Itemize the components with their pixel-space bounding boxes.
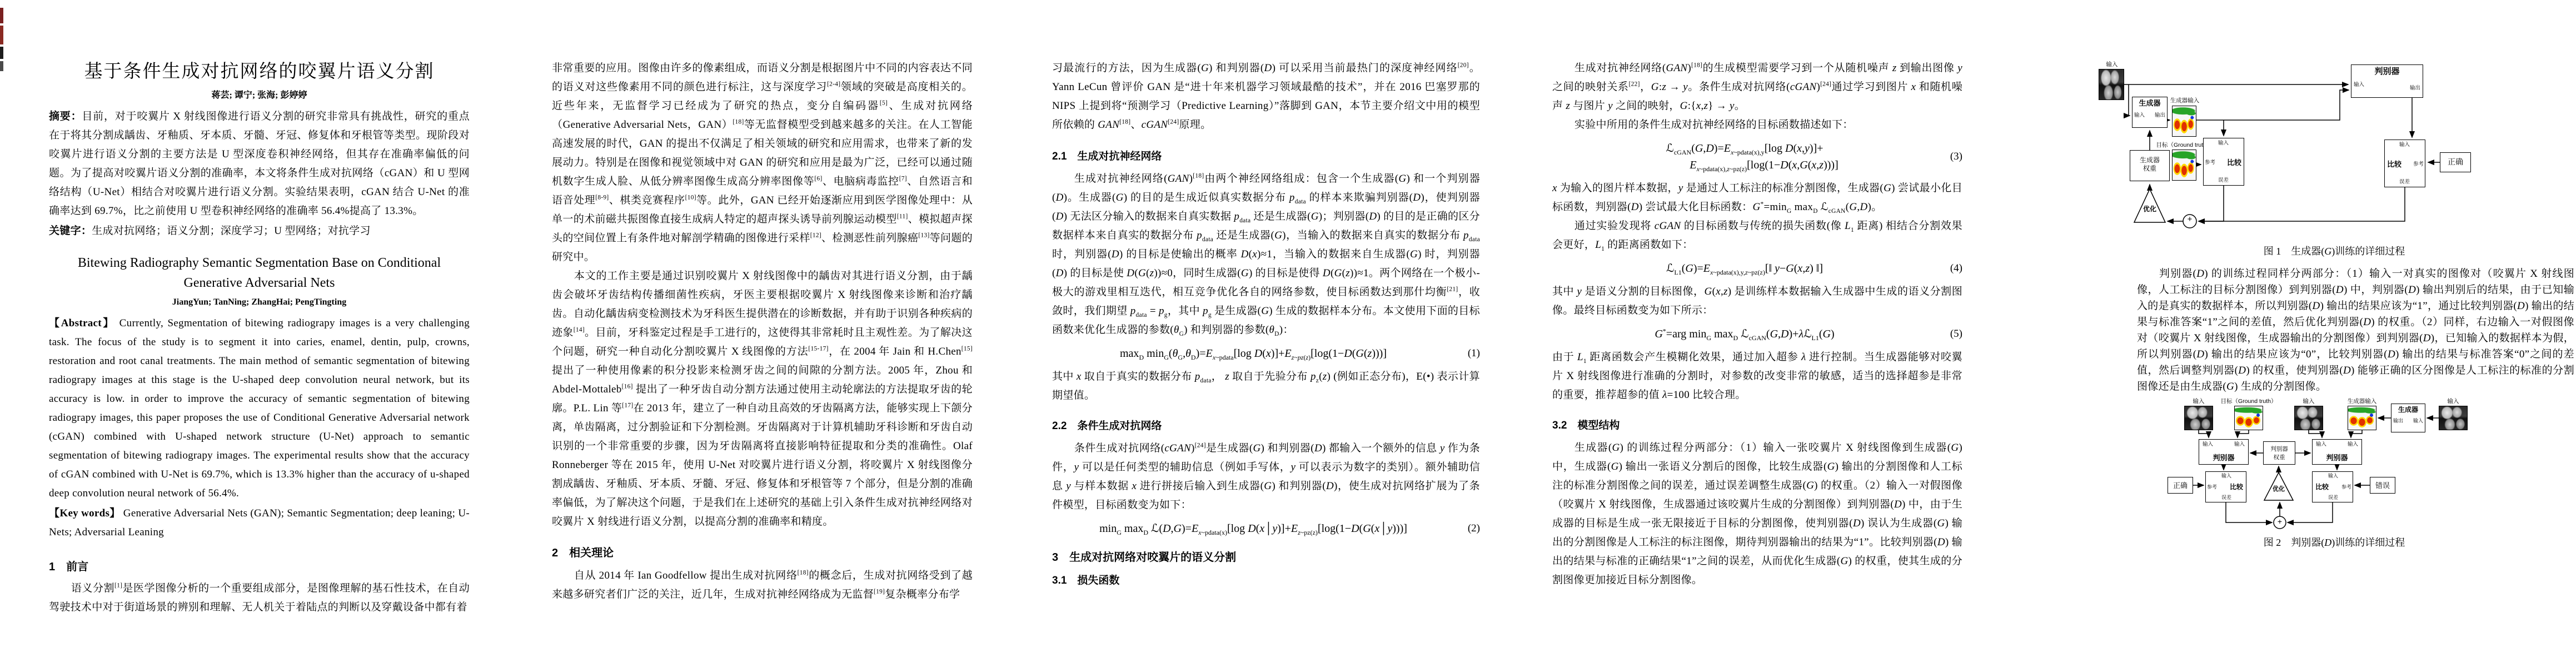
section-heading-3-1: 3.1 损失函数	[1052, 572, 1480, 587]
column-3: 习最流行的方法，因为生成器(G) 和判别器(D) 可以采用当前最热门的深度神经网…	[1052, 59, 1480, 587]
generator-input-port: 输入	[2413, 418, 2423, 424]
figure-1-generator-training: 输入 生成器 输入 输出 生成器输入 判别器 输入 输出 目标（Ground t…	[2095, 60, 2573, 233]
compare-box-left: 输入 参考 比较 误差	[2205, 471, 2246, 502]
equation-1: maxD minG(θG,θD)=Ex~pdata[log D(x)]+Ez~p…	[1052, 345, 1480, 362]
compare-error-port: 误差	[2399, 179, 2410, 185]
paragraph: 生成器(G) 的训练过程分两部分：（1）输入一张咬翼片 X 射线图像到生成器(G…	[1552, 439, 1962, 590]
xray-input-image	[2099, 69, 2124, 100]
column-5: 判别器(D) 的训练过程同样分两部分：（1）输入一对真实的图像对（咬翼片 X 射…	[2137, 266, 2574, 395]
correct-label: 正确	[2168, 481, 2193, 490]
column-4: 生成对抗神经网络(GAN)[18]的生成模型需要学习到一个从随机噪声 z 到输出…	[1552, 59, 1962, 590]
paragraph: 自从 2014 年 Ian Goodfellow 提出生成对抗网络[18]的概念…	[552, 566, 973, 604]
optimize-label: 优化	[2270, 486, 2288, 492]
compare-input-port: 输入	[2328, 473, 2338, 479]
column-1: 基于条件生成对抗网络的咬翼片语义分割 蒋芸; 谭宁; 张海; 彭婷婷 摘要：目前…	[49, 57, 470, 617]
discriminator-box-right: 输入 输入 判别器	[2312, 439, 2362, 465]
paragraph: 语义分割[1]是医学图像分析的一个重要组成部分，是图像理解的基石性技术，在自动驾…	[49, 579, 470, 617]
correct-label-box: 正确	[2440, 152, 2471, 172]
generator-box: 生成器 输出 输入	[2391, 404, 2425, 432]
ground-truth-image	[2172, 150, 2196, 181]
compare-error-port: 误差	[2221, 495, 2231, 501]
generator-input-port: 输入	[2134, 112, 2145, 118]
section-heading-3: 3 生成对抗网络对咬翼片的语义分割	[1052, 548, 1480, 564]
generator-weights-box: 生成器 权重	[2130, 150, 2170, 181]
equation-5-body: G*=arg minG maxD ℒcGAN(G,D)+λℒL1(G)	[1552, 326, 1937, 342]
input-label: 输入	[2096, 61, 2127, 68]
discriminator-title: 判别器	[2351, 67, 2423, 76]
ground-truth-label: 目标（Ground truth）	[2212, 398, 2285, 405]
xray-input-image	[2294, 406, 2323, 430]
compare-error-port: 误差	[2328, 495, 2338, 501]
discriminator-input-port: 输入	[2234, 441, 2245, 447]
english-abstract: 【Abstract】 Currently, Segmentation of bi…	[49, 314, 470, 503]
discriminator-weights-label-1: 判别器	[2264, 445, 2295, 454]
paragraph: 判别器(D) 的训练过程同样分两部分：（1）输入一对真实的图像对（咬翼片 X 射…	[2137, 266, 2574, 395]
wrong-label: 错误	[2370, 481, 2395, 490]
left-edge-artifact	[0, 47, 3, 59]
section-heading-1: 1 前言	[49, 558, 470, 574]
compare-error-port: 误差	[2218, 177, 2229, 183]
english-title: Bitewing Radiography Semantic Segmentati…	[49, 253, 470, 293]
input-label: 输入	[2294, 398, 2323, 405]
compare-reference-port: 参考	[2341, 484, 2351, 490]
generator-title: 生成器	[2391, 406, 2425, 414]
paper-page: 基于条件生成对抗网络的咬翼片语义分割 蒋芸; 谭宁; 张海; 彭婷婷 摘要：目前…	[0, 0, 2576, 667]
generator-output-port: 输出	[2155, 112, 2165, 118]
paragraph: 其中 x 取自于真实的数据分布 pdata， z 取自于先验分布 pz(z) (…	[1052, 367, 1480, 405]
optimize-label: 优化	[2137, 206, 2162, 212]
discriminator-input-port: 输入	[2203, 441, 2213, 447]
compare-input-port: 输入	[2399, 142, 2410, 148]
discriminator-input-port: 输入	[2316, 441, 2326, 447]
equation-2: minG maxD ℒ(D,G)=Ex~pdata(x)[log D(x│y)]…	[1052, 520, 1480, 537]
equation-3-line-1: ℒcGAN(G,D)=Ex~pdata(x),y[log D(x,y)]+	[1552, 140, 1937, 157]
english-authors: JiangYun; TanNing; ZhangHai; PengTingtin…	[49, 297, 470, 307]
equation-2-number: (2)	[1454, 522, 1480, 535]
discriminator-title: 判别器	[2313, 454, 2361, 462]
paragraph: 生成对抗神经网络(GAN)[18]的生成模型需要学习到一个从随机噪声 z 到输出…	[1552, 59, 1962, 116]
generator-output-port: 输出	[2393, 418, 2403, 424]
section-heading-3-2: 3.2 模型结构	[1552, 417, 1962, 432]
compare-title: 比较	[2315, 483, 2329, 491]
left-edge-artifact	[0, 61, 3, 71]
xray-input-image	[2439, 406, 2468, 430]
compare-reference-port: 参考	[2413, 161, 2424, 167]
discriminator-box-left: 输入 输入 判别器	[2199, 439, 2249, 465]
paragraph: 习最流行的方法，因为生成器(G) 和判别器(D) 可以采用当前最热门的深度神经网…	[1052, 59, 1480, 135]
section-heading-2-1: 2.1 生成对抗神经网络	[1052, 148, 1480, 163]
english-keywords: 【Key words】 Generative Adversarial Nets …	[49, 504, 470, 542]
abstract-paragraph: 摘要：目前，对于咬翼片 X 射线图像进行语义分割的研究非常具有挑战性，研究的重点…	[49, 107, 470, 221]
compare-input-port: 输入	[2221, 473, 2231, 479]
compare-title: 比较	[2227, 158, 2241, 167]
correct-label: 正确	[2440, 158, 2470, 166]
input-label: 输入	[2439, 398, 2468, 405]
discriminator-input-port: 输入	[2354, 82, 2364, 88]
wrong-label-box: 错误	[2370, 477, 2395, 494]
discriminator-box: 判别器 输入 输出	[2351, 64, 2423, 98]
ground-truth-image	[2234, 406, 2263, 430]
keywords-line: 关键字：生成对抗网络；语义分割；深度学习；U 型网络；对抗学习	[49, 222, 470, 241]
sum-node-label: +	[2183, 216, 2196, 223]
figure-2-caption: 图 2 判别器(D)训练的详细过程	[2140, 535, 2529, 549]
paragraph: 生成对抗神经网络(GAN)[18]由两个神经网络组成：包含一个生成器(G) 和一…	[1052, 170, 1480, 340]
equation-5-number: (5)	[1937, 328, 1962, 340]
correct-label-box: 正确	[2168, 477, 2193, 494]
equation-3-number: (3)	[1937, 151, 1962, 163]
paragraph: 通过实验发现将 cGAN 的目标函数与传统的损失函数(像 L1 距离) 相结合分…	[1552, 217, 1962, 255]
equation-3: ℒcGAN(G,D)=Ex~pdata(x),y[log D(x,y)]+ Ex…	[1552, 140, 1962, 173]
equation-4: ℒL1(G)=Ex~pdata(x),y,z~pz(z)[‖ y−G(x,z) …	[1552, 260, 1962, 277]
left-edge-artifact	[0, 26, 3, 44]
paper-authors: 蒋芸; 谭宁; 张海; 彭婷婷	[49, 88, 470, 101]
compare-title: 比较	[2230, 483, 2243, 491]
compare-box-gan: 输入 比较 参考 误差	[2384, 140, 2425, 187]
equation-4-number: (4)	[1937, 262, 1962, 275]
compare-box-l1: 输入 参考 比较 误差	[2203, 138, 2244, 186]
generator-output-label: 生成器输入	[2334, 398, 2390, 405]
compare-reference-port: 参考	[2207, 484, 2217, 490]
discriminator-output-port: 输出	[2410, 85, 2420, 91]
compare-title: 比较	[2387, 160, 2401, 168]
compare-box-right: 输入 比较 参考 误差	[2312, 471, 2353, 502]
column-2: 非常重要的应用。图像由许多的像素组成，而语义分割是根据图片中不同的内容表达不同的…	[552, 59, 973, 604]
compare-reference-port: 参考	[2205, 160, 2215, 166]
paragraph: x 为输入的图片样本数据，y 是通过人工标注的标准分割图像，生成器(G) 尝试最…	[1552, 179, 1962, 217]
equation-1-number: (1)	[1454, 347, 1480, 360]
segmentation-image	[2348, 406, 2376, 430]
paragraph: 其中 y 是语义分割的目标图像，G(x,z) 是训练样本数据输入生成器中生成的语…	[1552, 282, 1962, 320]
equation-4-body: ℒL1(G)=Ex~pdata(x),y,z~pz(z)[‖ y−G(x,z) …	[1552, 260, 1937, 277]
paper-title: 基于条件生成对抗网络的咬翼片语义分割	[49, 57, 470, 83]
compare-input-port: 输入	[2218, 140, 2229, 146]
discriminator-input-port: 输入	[2348, 441, 2358, 447]
equation-2-body: minG maxD ℒ(D,G)=Ex~pdata(x)[log D(x│y)]…	[1052, 520, 1454, 537]
generator-output-label: 生成器输入	[2161, 97, 2209, 104]
discriminator-title: 判别器	[2199, 454, 2248, 462]
equation-3-line-2: Ex~pdata(x),z~pz(z)[log(1−D(x,G(x,z)))]	[1552, 157, 1937, 173]
segmentation-image	[2172, 106, 2196, 137]
section-heading-2-2: 2.2 条件生成对抗网络	[1052, 417, 1480, 432]
left-edge-artifact	[0, 8, 3, 23]
discriminator-weights-box: 判别器 权重	[2263, 441, 2295, 465]
paragraph: 实验中所用的条件生成对抗神经网络的目标函数描述如下：	[1552, 116, 1962, 135]
equation-1-body: maxD minG(θG,θD)=Ex~pdata[log D(x)]+Ez~p…	[1052, 345, 1454, 362]
discriminator-weights-label-2: 权重	[2264, 454, 2295, 462]
equation-3-body: ℒcGAN(G,D)=Ex~pdata(x),y[log D(x,y)]+ Ex…	[1552, 140, 1937, 173]
paragraph: 非常重要的应用。图像由许多的像素组成，而语义分割是根据图片中不同的内容表达不同的…	[552, 59, 973, 267]
input-label: 输入	[2184, 398, 2213, 405]
sum-node-label: +	[2274, 518, 2286, 525]
section-heading-2: 2 相关理论	[552, 544, 973, 560]
equation-5: G*=arg minG maxD ℒcGAN(G,D)+λℒL1(G) (5)	[1552, 326, 1962, 342]
figure-1-caption: 图 1 生成器(G)训练的详细过程	[2095, 243, 2573, 258]
xray-input-image	[2184, 406, 2213, 430]
figure-2-discriminator-training: 输入 目标（Ground truth） 输入 生成器输入 生成器 输出 输入 输…	[2140, 398, 2576, 531]
paragraph: 条件生成对抗网络(cGAN)[24]是生成器(G) 和判别器(D) 都输入一个额…	[1052, 439, 1480, 515]
paragraph: 本文的工作主要是通过识别咬翼片 X 射线图像中的龋齿对其进行语义分割，由于龋齿会…	[552, 267, 973, 531]
paragraph: 由于 L1 距离函数会产生模糊化效果，通过加入超参 λ 进行控制。当生成器能够对…	[1552, 348, 1962, 405]
generator-weights-label-1: 生成器	[2130, 156, 2169, 165]
generator-weights-label-2: 权重	[2130, 165, 2169, 173]
